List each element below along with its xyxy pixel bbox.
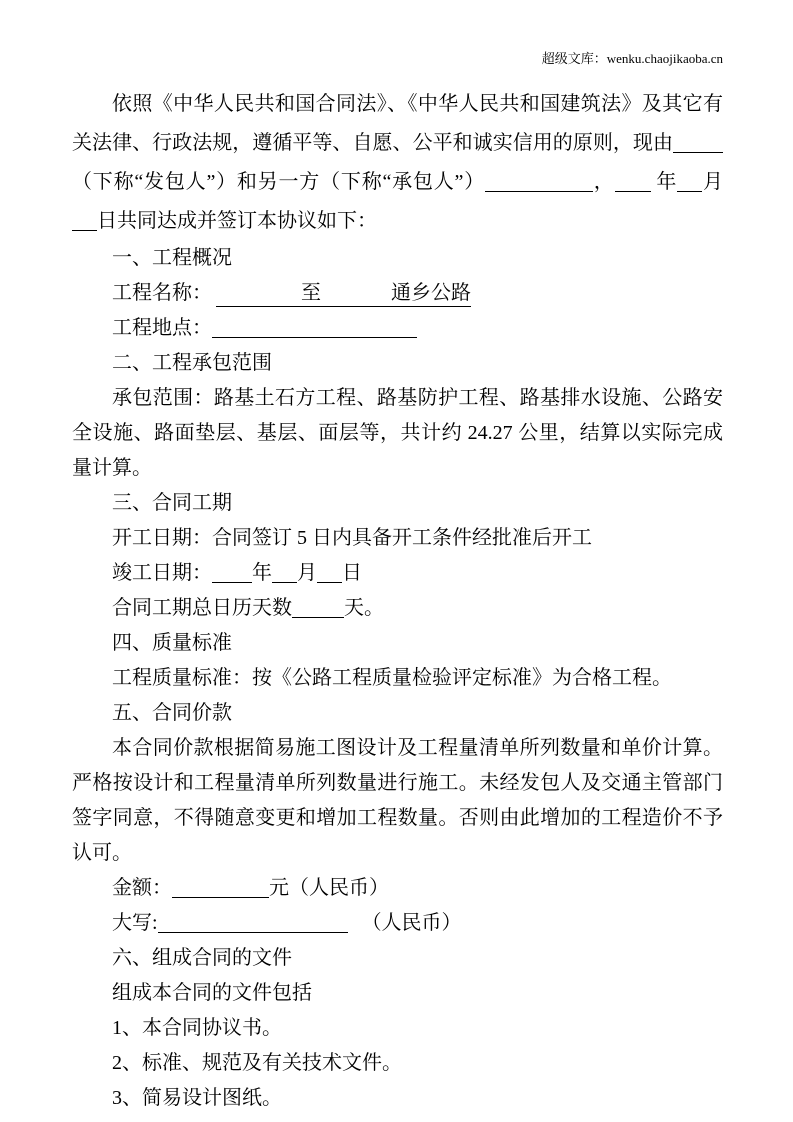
- amount-words-line: 大写:（人民币）: [72, 906, 723, 941]
- duration-line: 合同工期总日历天数天。: [72, 591, 723, 626]
- documents-lead-line: 组成本合同的文件包括: [72, 976, 723, 1011]
- project-name-label: 工程名称：: [112, 282, 212, 304]
- intro-day-label: 日共同达成并签订本协议如下：: [97, 210, 377, 232]
- project-name-road: 通乡公路: [391, 282, 471, 304]
- blank-finish-month: [272, 562, 297, 583]
- amount-words-label: 大写:: [112, 912, 158, 934]
- amount-label: 金额：: [112, 877, 172, 899]
- project-name-field: 至通乡公路: [216, 280, 471, 307]
- document-item-2: 2、标准、规范及有关技术文件。: [72, 1046, 723, 1081]
- document-content: 依照《中华人民共和国合同法》、《中华人民共和国建筑法》及其它有关法律、行政法规，…: [72, 85, 723, 1116]
- blank-finish-year: [212, 562, 252, 583]
- amount-unit: 元（人民币）: [269, 877, 389, 899]
- document-item-1: 1、本合同协议书。: [72, 1011, 723, 1046]
- blank-contractor-name: [485, 171, 593, 192]
- intro-text-law: 依照《中华人民共和国合同法》、《中华人民共和国建筑法》及其它有关法律、行政法规，…: [72, 93, 723, 154]
- project-name-line: 工程名称：至通乡公路: [72, 276, 723, 311]
- document-item-3: 3、简易设计图纸。: [72, 1081, 723, 1116]
- finish-month-label: 月: [297, 562, 317, 584]
- project-location-label: 工程地点：: [112, 317, 212, 339]
- finish-date-line: 竣工日期：年月日: [72, 556, 723, 591]
- gap-before-road: [321, 298, 391, 299]
- intro-comma: ，: [593, 171, 615, 193]
- section3-heading: 三、合同工期: [72, 486, 723, 521]
- gap-before-from: [256, 298, 301, 299]
- document-page: 超级文库：wenku.chaojikaoba.cn 依照《中华人民共和国合同法》…: [0, 0, 793, 1122]
- blank-sign-month: [677, 171, 702, 192]
- start-date-line: 开工日期：合同签订 5 日内具备开工条件经批准后开工: [72, 521, 723, 556]
- blank-finish-day: [317, 562, 342, 583]
- finish-year-label: 年: [252, 562, 272, 584]
- intro-text-parties: （下称“发包人”）和另一方（下称“承包人”）: [72, 171, 485, 193]
- price-paragraph: 本合同价款根据简易施工图设计及工程量清单所列数量和单价计算。严格按设计和工程量清…: [72, 731, 723, 871]
- amount-words-unit: （人民币）: [362, 912, 462, 934]
- blank-employer-name: [673, 132, 723, 153]
- duration-suffix: 天。: [344, 597, 384, 619]
- blank-duration-days: [292, 597, 344, 618]
- blank-sign-day: [72, 210, 97, 231]
- duration-label: 合同工期总日历天数: [112, 597, 292, 619]
- section5-heading: 五、合同价款: [72, 696, 723, 731]
- section4-heading: 四、质量标准: [72, 626, 723, 661]
- scope-paragraph: 承包范围：路基土石方工程、路基防护工程、路基排水设施、公路安全设施、路面垫层、基…: [72, 381, 723, 486]
- project-name-from: 至: [301, 282, 321, 304]
- project-location-line: 工程地点：: [72, 311, 723, 346]
- intro-month-label: 月: [702, 171, 723, 193]
- intro-year-label: 年: [651, 171, 678, 193]
- amount-line: 金额：元（人民币）: [72, 871, 723, 906]
- blank-amount-words: [158, 912, 348, 933]
- section2-heading: 二、工程承包范围: [72, 346, 723, 381]
- section1-heading: 一、工程概况: [72, 241, 723, 276]
- blank-sign-year: [615, 171, 651, 192]
- section6-heading: 六、组成合同的文件: [72, 941, 723, 976]
- finish-date-label: 竣工日期：: [112, 562, 212, 584]
- watermark-text: 超级文库：wenku.chaojikaoba.cn: [72, 50, 723, 67]
- finish-day-label: 日: [342, 562, 362, 584]
- blank-amount: [172, 877, 269, 898]
- intro-paragraph: 依照《中华人民共和国合同法》、《中华人民共和国建筑法》及其它有关法律、行政法规，…: [72, 85, 723, 241]
- blank-project-location: [212, 317, 417, 338]
- quality-standard-line: 工程质量标准：按《公路工程质量检验评定标准》为合格工程。: [72, 661, 723, 696]
